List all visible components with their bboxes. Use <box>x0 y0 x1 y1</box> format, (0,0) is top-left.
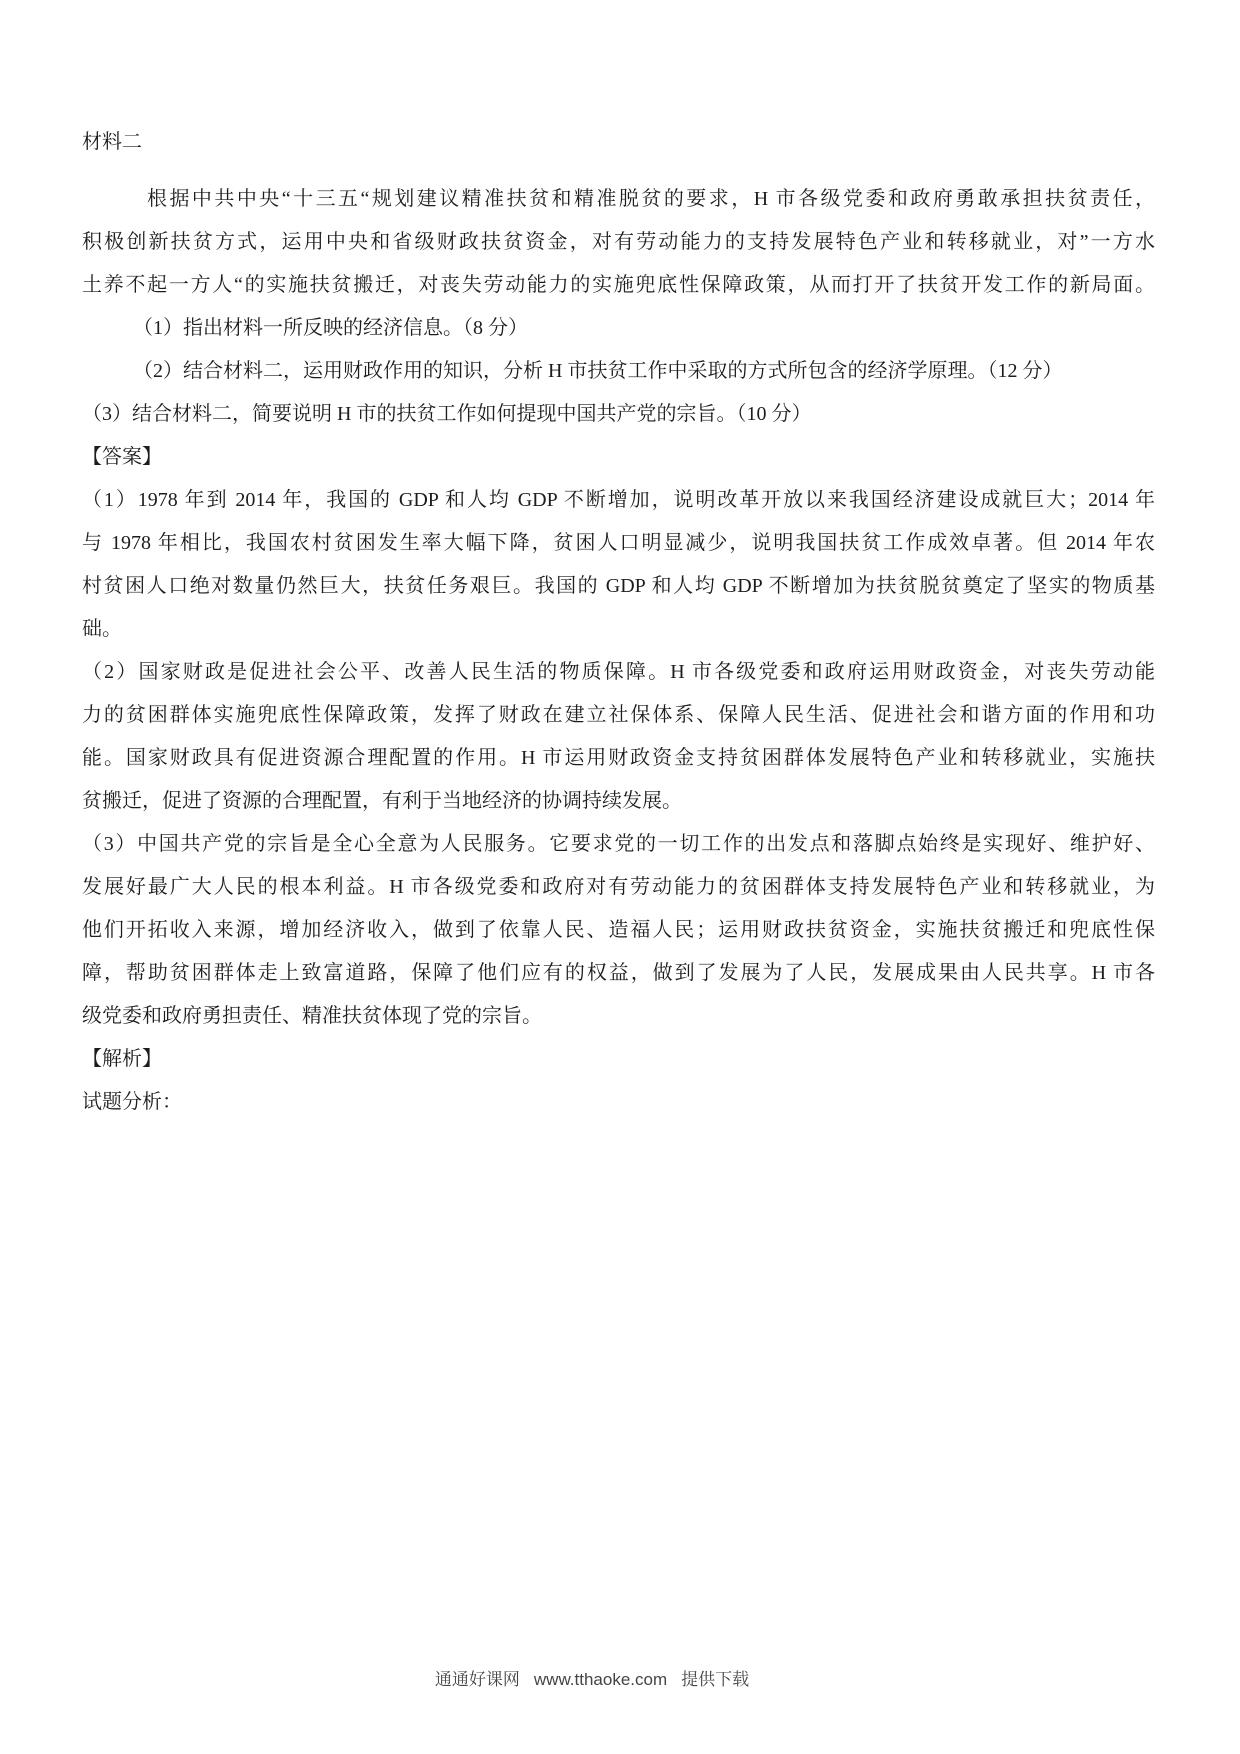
answer-heading: 【答案】 <box>82 436 1155 479</box>
answer1-line-3: 村贫困人口绝对数量仍然巨大，扶贫任务艰巨。我国的 GDP 和人均 GDP 不断增… <box>82 565 1155 608</box>
question-1: （1）指出材料一所反映的经济信息。（8 分） <box>82 307 1155 350</box>
question-2: （2）结合材料二，运用财政作用的知识，分析 H 市扶贫工作中采取的方式所包含的经… <box>82 350 1155 393</box>
answer3-line-1: （3）中国共产党的宗旨是全心全意为人民服务。它要求党的一切工作的出发点和落脚点始… <box>82 823 1155 866</box>
answer3-line-5: 级党委和政府勇担责任、精准扶贫体现了党的宗旨。 <box>82 995 1155 1038</box>
material2-line-2: 积极创新扶贫方式，运用中央和省级财政扶贫资金，对有劳动能力的支持发展特色产业和转… <box>82 221 1155 264</box>
footer-download-note: 提供下载 <box>681 1670 749 1689</box>
answer1-line-4: 础。 <box>82 608 1155 651</box>
answer3-line-2: 发展好最广大人民的根本利益。H 市各级党委和政府对有劳动能力的贫困群体支持发展特… <box>82 866 1155 909</box>
question-3: （3）结合材料二，简要说明 H 市的扶贫工作如何提现中国共产党的宗旨。（10 分… <box>82 393 1155 436</box>
answer1-line-1: （1）1978 年到 2014 年，我国的 GDP 和人均 GDP 不断增加，说… <box>82 479 1155 522</box>
page-footer: 通通好课网www.tthaoke.com提供下载 <box>416 1644 749 1716</box>
footer-url: www.tthaoke.com <box>534 1670 667 1689</box>
analysis-heading: 【解析】 <box>82 1038 1155 1081</box>
analysis-intro: 试题分析： <box>82 1081 1155 1124</box>
footer-site-name: 通通好课网 <box>435 1670 520 1689</box>
document-content: 材料二 根据中共中央“十三五“规划建议精准扶贫和精准脱贫的要求，H 市各级党委和… <box>82 121 1155 1124</box>
answer2-line-1: （2）国家财政是促进社会公平、改善人民生活的物质保障。H 市各级党委和政府运用财… <box>82 651 1155 694</box>
answer2-line-4: 贫搬迁，促进了资源的合理配置，有利于当地经济的协调持续发展。 <box>82 780 1155 823</box>
answer3-line-4: 障，帮助贫困群体走上致富道路，保障了他们应有的权益，做到了发展为了人民，发展成果… <box>82 952 1155 995</box>
answer2-line-2: 力的贫困群体实施兜底性保障政策，发挥了财政在建立社保体系、保障人民生活、促进社会… <box>82 694 1155 737</box>
material2-heading: 材料二 <box>82 121 1155 164</box>
material2-line-1: 根据中共中央“十三五“规划建议精准扶贫和精准脱贫的要求，H 市各级党委和政府勇敢… <box>82 178 1155 221</box>
document-page: 材料二 根据中共中央“十三五“规划建议精准扶贫和精准脱贫的要求，H 市各级党委和… <box>0 0 1240 1754</box>
material2-line-3: 土养不起一方人“的实施扶贫搬迁，对丧失劳动能力的实施兜底性保障政策，从而打开了扶… <box>82 264 1155 307</box>
answer1-line-2: 与 1978 年相比，我国农村贫困发生率大幅下降，贫困人口明显减少，说明我国扶贫… <box>82 522 1155 565</box>
answer2-line-3: 能。国家财政具有促进资源合理配置的作用。H 市运用财政资金支持贫困群体发展特色产… <box>82 737 1155 780</box>
answer3-line-3: 他们开拓收入来源，增加经济收入，做到了依靠人民、造福人民；运用财政扶贫资金，实施… <box>82 909 1155 952</box>
